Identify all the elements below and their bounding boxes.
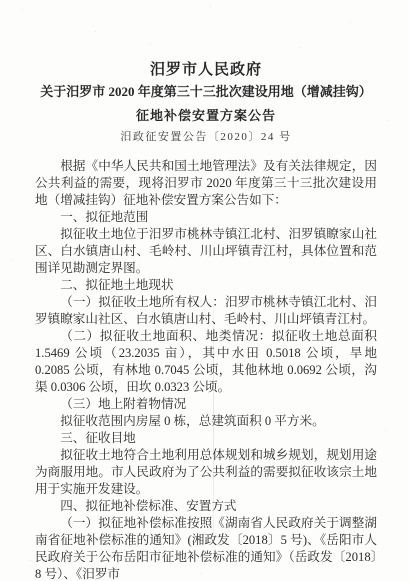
section-heading-2: 二、拟征地土地现状 — [35, 277, 377, 294]
scan-noise-speckles — [0, 0, 1, 1]
paragraph-purpose: 拟征收土地符合土地利用总体规划和城乡规划，规划用途为商服用地。市人民政府为了公共… — [35, 447, 377, 498]
paragraph-scope: 拟征收土地位于汨罗市桃林寺镇江北村、汨罗镇瞭家山社区、白水镇唐山村、毛岭村、川山… — [35, 226, 377, 277]
paragraph-land-area: （二）拟征收土地面积、地类情况：拟征收土地总面积 1.5469 公顷（23.20… — [35, 328, 377, 396]
section-heading-4: 四、拟征地补偿标准、安置方式 — [35, 498, 377, 515]
document-content: 汨罗市人民政府 关于汨罗市 2020 年度第三十三批次建设用地（增减挂钩） 征地… — [35, 60, 377, 581]
paragraph-attachments-heading: （三）地上附着物情况 — [35, 396, 377, 413]
document-issuer-title: 汨罗市人民政府 — [35, 60, 377, 80]
paragraph-compensation-standard: （一）拟征地补偿标准按照《湖南省人民政府关于调整湖南省征地补偿标准的通知》(湘政… — [35, 515, 377, 581]
document-title-line-2: 征地补偿安置方案公告 — [35, 104, 377, 127]
paragraph-intro: 根据《中华人民共和国土地管理法》及有关法律规定，因公共利益的需要，现将汨罗市 2… — [35, 158, 377, 209]
paragraph-attachments: 拟征收范围内房屋 0 栋，总建筑面积 0 平方米。 — [35, 413, 377, 430]
document-title-line-1: 关于汨罗市 2020 年度第三十三批次建设用地（增减挂钩） — [35, 80, 377, 104]
document-body: 根据《中华人民共和国土地管理法》及有关法律规定，因公共利益的需要，现将汨罗市 2… — [35, 158, 377, 581]
section-heading-1: 一、拟征地范围 — [35, 209, 377, 226]
paragraph-owners: （一）拟征收土地所有权人：汨罗市桃林寺镇江北村、汨罗镇瞭家山社区、白水镇唐山村、… — [35, 294, 377, 328]
scanned-document-page: 汨罗市人民政府 关于汨罗市 2020 年度第三十三批次建设用地（增减挂钩） 征地… — [0, 0, 409, 581]
document-number: 汨政征安置公告〔2020〕24 号 — [35, 130, 377, 145]
section-heading-3: 三、征收目地 — [35, 430, 377, 447]
